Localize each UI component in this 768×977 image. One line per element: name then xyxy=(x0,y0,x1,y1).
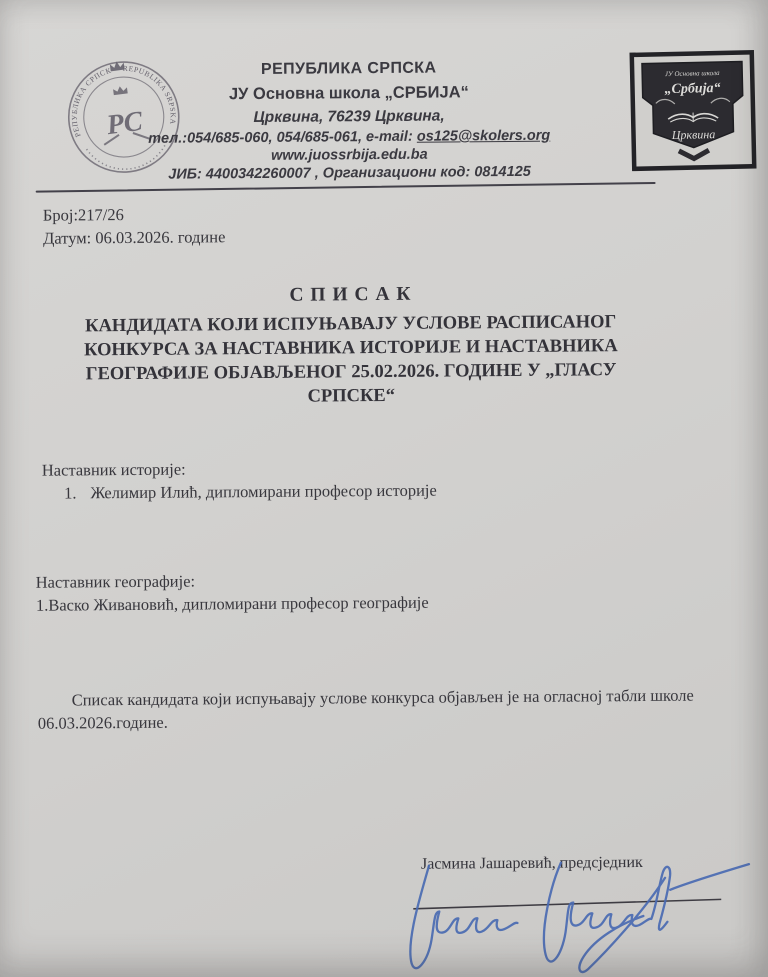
signatory-name: Јасмина Јашаревић, предсједник xyxy=(421,854,643,874)
document-date: Датум: 06.03.2026. године xyxy=(43,225,226,249)
title-word: С П И С А К xyxy=(50,281,650,310)
list-item: 1.Васко Живановић, дипломирани професор … xyxy=(36,591,429,617)
stamp-graphic: ЈУ Основна школа „Србија“ Црквина xyxy=(629,49,758,172)
signature-line xyxy=(413,899,721,908)
letterhead-phone: тел.:054/685-060, 054/685-061, e-mail: xyxy=(148,129,417,147)
candidate-name: Васко Живановић, дипломирани професор ге… xyxy=(48,593,429,615)
header-divider xyxy=(36,182,656,193)
letterhead-school-name: ЈУ Основна школа „СРБИЈА“ xyxy=(69,82,629,105)
document-number: Број:217/26 xyxy=(43,202,226,226)
letterhead-address: Црквина, 76239 Црквина, xyxy=(69,106,629,128)
scanned-document: РЕПУБЛИКА СРПСКА REPUBLIKA SRPSKA РС РЕП… xyxy=(0,0,768,977)
letterhead-jib: ЈИБ: 4400342260007 , Организациони код: … xyxy=(69,163,629,183)
stamp-school-name: „Србија“ xyxy=(664,81,720,97)
item-number: 1. xyxy=(64,483,77,502)
item-number: 1. xyxy=(36,596,49,615)
stamp-school-line: ЈУ Основна школа xyxy=(665,69,720,78)
stamp-place: Црквина xyxy=(671,127,716,142)
section-heading: Наставник географије: xyxy=(36,568,429,594)
letterhead: РЕПУБЛИКА СРПСКА ЈУ Основна школа „СРБИЈ… xyxy=(69,58,630,183)
closing-paragraph: Списак кандидата који испуњавају услове … xyxy=(38,683,738,734)
list-item: 1.Желимир Илић, дипломирани професор ист… xyxy=(64,479,437,505)
document-title: С П И С А К КАНДИДАТА КОЈИ ИСПУЊАВАЈУ УС… xyxy=(50,281,651,411)
section-geography: Наставник географије: 1.Васко Живановић,… xyxy=(36,568,429,617)
candidate-name: Желимир Илић, дипломирани професор истор… xyxy=(90,481,437,503)
section-history: Наставник историје: 1.Желимир Илић, дипл… xyxy=(42,456,437,505)
document-meta: Број:217/26 Датум: 06.03.2026. године xyxy=(43,202,226,249)
school-stamp: ЈУ Основна школа „Србија“ Црквина xyxy=(629,49,758,177)
section-heading: Наставник историје: xyxy=(42,456,437,482)
email-link[interactable]: os125@skolers.org xyxy=(417,128,551,145)
title-line: ГЕОГРАФИЈЕ ОБЈАВЉЕНОГ 25.02.2026. ГОДИНЕ… xyxy=(51,358,651,387)
title-line: СРПСКЕ“ xyxy=(51,382,651,411)
letterhead-contact: тел.:054/685-060, 054/685-061, e-mail: o… xyxy=(69,127,629,147)
letterhead-republic: РЕПУБЛИКА СРПСКА xyxy=(69,58,629,80)
letterhead-website: www.juossrbija.edu.ba xyxy=(69,145,629,165)
